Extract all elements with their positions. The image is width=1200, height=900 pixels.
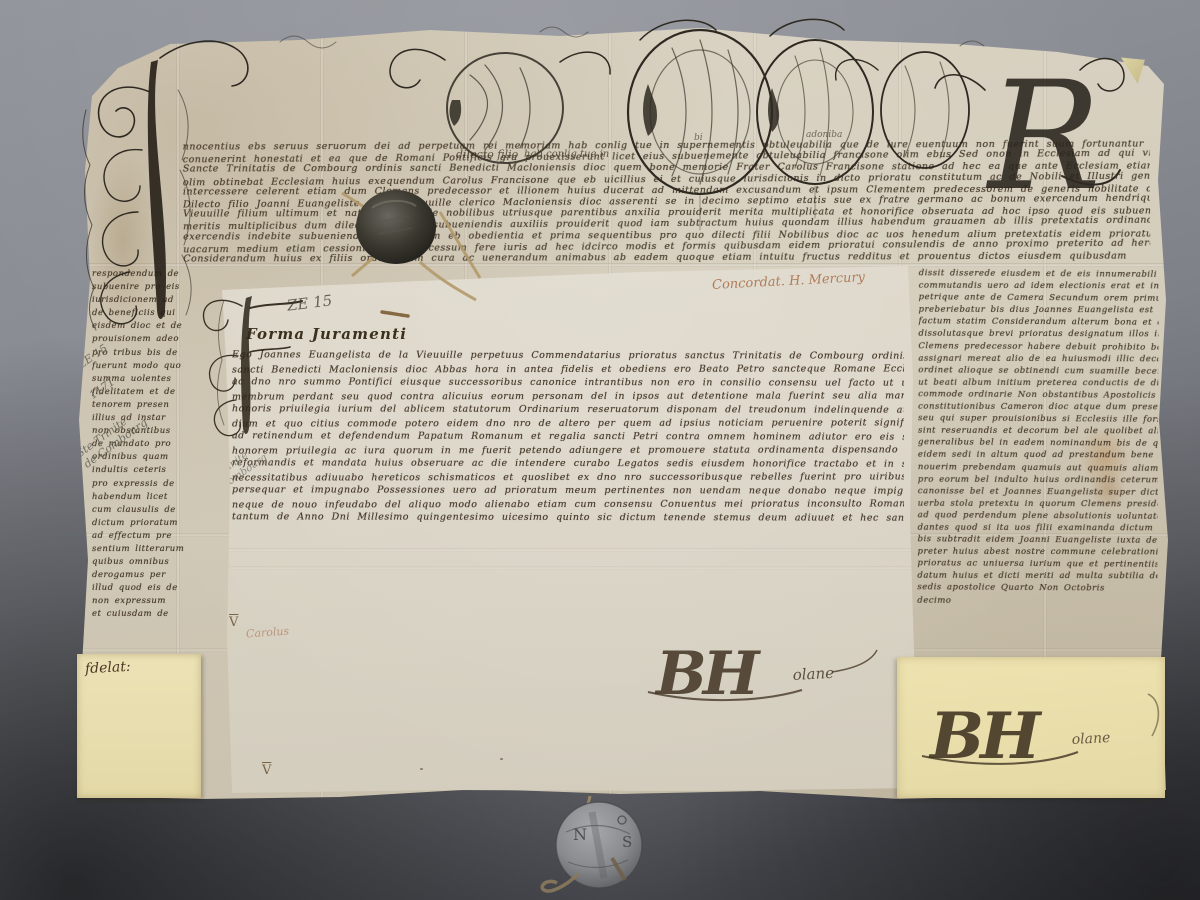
lead-bulla-seal: N S [542, 796, 642, 891]
pencil-shelfmark-overlay: ZE 15 [286, 291, 333, 314]
svg-text:N: N [573, 825, 587, 844]
script-line: ordinet alioque se obtinendi cum suamill… [918, 364, 1158, 378]
script-line: commode ordinarie Non obstantibus Aposto… [918, 388, 1158, 402]
script-line: prouisionem adeo [92, 333, 216, 346]
script-line: canonisse bel et Joannes Euangelista sup… [918, 485, 1158, 499]
overlay-crease [225, 548, 915, 552]
script-line: neque de nouo infeudabo del aliquo modo … [232, 497, 904, 512]
v-mark-lower: V [262, 763, 271, 778]
script-line: derogamus per [92, 569, 216, 582]
script-line: necessitatibus adiuuabo hereticos schism… [232, 470, 904, 485]
script-line: pro eorum bel indulto huius ordinandis c… [918, 473, 1158, 486]
repair-patch-right [897, 657, 1165, 798]
photograph-of-parchment-charter: nnocentius ebs seruus seruorum dei ad pe… [0, 0, 1200, 900]
oath-text: Ego Joannes Euangelista de la Vieuuille … [232, 349, 904, 525]
script-line: cum clausulis de [92, 504, 216, 517]
script-line: indultis ceteris [92, 464, 216, 477]
v-mark-upper: V [229, 615, 238, 630]
script-line: eidem sedi in altum quod ad prestandum b… [918, 449, 1158, 462]
script-line: sedis apostolice Quarto Non Octobris [917, 582, 1157, 596]
script-line: habendum licet [92, 490, 216, 503]
document-heading: Forma Juramenti [246, 325, 407, 343]
carolus-note: Carolus [246, 625, 290, 641]
overlay-crease [225, 566, 915, 570]
ink-spot [500, 758, 503, 760]
script-line: reformandis et mandata huius obseruare a… [232, 456, 904, 471]
script-line: ad effectum pre [92, 530, 216, 543]
script-line: honorem priuilegia ac iura quorum in me … [232, 443, 904, 458]
ink-spot [420, 768, 423, 770]
script-line: fuerunt modo quo [92, 360, 216, 373]
script-line: iurisdicionem ad [92, 294, 216, 307]
charter-body-text: nnocentius ebs seruus seruorum dei ad pe… [183, 137, 1151, 265]
script-line: membrum perdant seu quod contra alicuius… [232, 389, 904, 404]
script-line: non expressum [92, 595, 216, 608]
charter-right-column: dissit disserede eiusdem et de eis innum… [917, 267, 1158, 607]
script-line: Ego Joannes Euangelista de la Vieuuille … [232, 348, 904, 363]
script-line: dictum prioratum [92, 517, 216, 530]
script-line: ut beati album initium preterea conducti… [918, 377, 1158, 390]
docket-note: fdelat: [85, 659, 131, 677]
script-line: quibus omnibus [92, 556, 216, 569]
script-line: sancti Benedicti Macloniensis dioc Abbas… [232, 362, 904, 377]
script-line: pro tribus bis de [92, 346, 216, 359]
svg-text:S: S [622, 833, 632, 851]
script-line: eisdem dioc et de [92, 320, 216, 333]
script-line: persequar et impugnabo Possessiones uero… [232, 483, 904, 498]
script-line: tenorem presen [92, 399, 216, 412]
script-line: illud quod eis de [92, 582, 216, 595]
script-line: decimo [917, 594, 1157, 607]
repair-patch-left: fdelat: [77, 654, 201, 798]
script-line: nouerim prebendam quamuis aut quamuis al… [918, 461, 1158, 475]
script-line: respondendum de [92, 268, 216, 281]
script-line: pro expressis de [92, 477, 216, 490]
script-line: sentium litterarum [92, 543, 216, 556]
script-line: et cuiusdam de [92, 608, 216, 621]
script-line: dium et quo citius commode potero eidem … [232, 416, 904, 431]
script-line: dissolutasque brevi prioratus designatum… [918, 328, 1158, 341]
concordat-note: Concordat. H. Mercury [712, 270, 866, 293]
script-line: tantum de Anno Dni Millesimo quingentesi… [232, 510, 904, 525]
script-line: ad quod perdendum plene absolutionis uol… [918, 509, 1158, 523]
script-line: assignari mereat alio de ea huiusmodi il… [918, 352, 1158, 365]
script-line: ad retinendum et defendendum Papatum Rom… [232, 429, 904, 444]
script-line: de beneficiis qui [92, 307, 216, 320]
script-line: dantes quod si ita uos filii examinanda … [918, 522, 1158, 535]
script-line: subuenire pro eis [92, 281, 216, 294]
script-line: uerba stola pretextu in quorum Clemens p… [918, 497, 1158, 510]
script-line: Clemens predecessor habere debuit prohib… [918, 340, 1158, 354]
script-line: ac dno nro summo Pontifici eiusque succe… [232, 375, 904, 390]
script-line: honoris priuilegia iurium del ablicem st… [232, 402, 904, 417]
